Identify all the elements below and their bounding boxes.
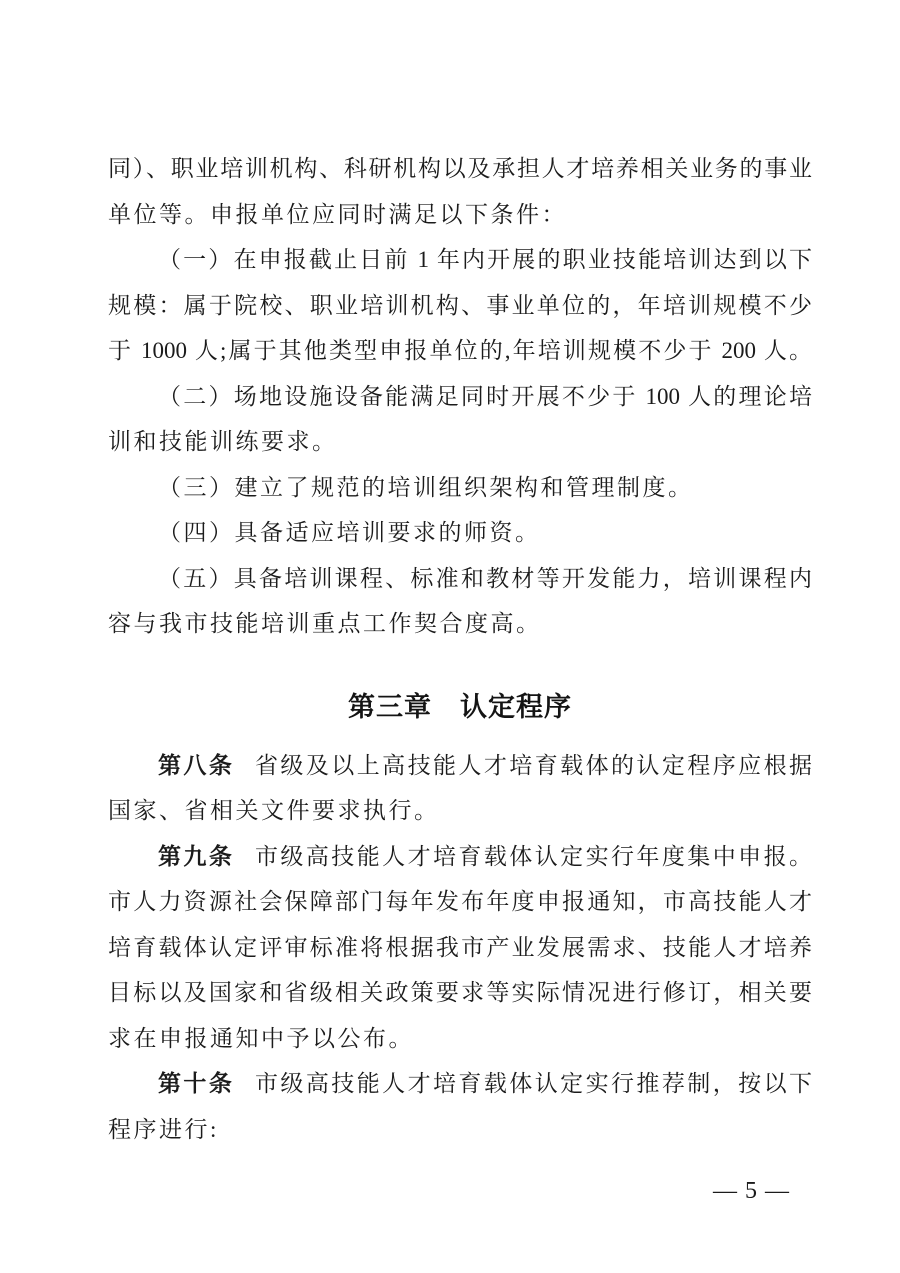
text-line-item-4: （四）具备适应培训要求的师资。 xyxy=(108,510,812,556)
article-8-text: 省级及以上高技能人才培育载体的认定程序应根据 xyxy=(255,753,812,778)
text-line: 单位等。申报单位应同时满足以下条件： xyxy=(108,192,812,238)
chapter-heading: 第三章 认定程序 xyxy=(108,684,812,730)
text-line: 规模：属于院校、职业培训机构、事业单位的，年培训规模不少 xyxy=(108,283,812,329)
page-number: — 5 — xyxy=(713,1176,790,1206)
text-line-article-10: 第十条市级高技能人才培育载体认定实行推荐制，按以下 xyxy=(108,1061,812,1107)
text-line-item-2: （二）场地设施设备能满足同时开展不少于 100 人的理论培 xyxy=(108,374,812,420)
article-8-term: 第八条 xyxy=(158,752,234,778)
text-line-article-8: 第八条省级及以上高技能人才培育载体的认定程序应根据 xyxy=(108,743,812,789)
text-line: 培育载体认定评审标准将根据我市产业发展需求、技能人才培养 xyxy=(108,925,812,971)
text-line-item-1: （一）在申报截止日前 1 年内开展的职业技能培训达到以下 xyxy=(108,237,812,283)
article-9-text: 市级高技能人才培育载体认定实行年度集中申报。 xyxy=(255,844,812,869)
text-line: 求在申报通知中予以公布。 xyxy=(108,1016,812,1062)
text-line: 程序进行: xyxy=(108,1107,812,1153)
text-line: 容与我市技能培训重点工作契合度高。 xyxy=(108,601,812,647)
text-line-item-5: （五）具备培训课程、标准和教材等开发能力，培训课程内 xyxy=(108,556,812,602)
text-line: 同）、职业培训机构、科研机构以及承担人才培养相关业务的事业 xyxy=(108,146,812,192)
text-line: 于 1000 人;属于其他类型申报单位的,年培训规模不少于 200 人。 xyxy=(108,328,812,374)
text-line-item-3: （三）建立了规范的培训组织架构和管理制度。 xyxy=(108,465,812,511)
document-page: 同）、职业培训机构、科研机构以及承担人才培养相关业务的事业 单位等。申报单位应同… xyxy=(0,0,900,1273)
text-line: 国家、省相关文件要求执行。 xyxy=(108,788,812,834)
document-body: 同）、职业培训机构、科研机构以及承担人才培养相关业务的事业 单位等。申报单位应同… xyxy=(108,146,812,1152)
article-10-text: 市级高技能人才培育载体认定实行推荐制，按以下 xyxy=(255,1071,812,1096)
article-10-term: 第十条 xyxy=(158,1070,234,1096)
text-line: 市人力资源社会保障部门每年发布年度申报通知，市高技能人才 xyxy=(108,879,812,925)
text-line: 目标以及国家和省级相关政策要求等实际情况进行修订，相关要 xyxy=(108,970,812,1016)
text-line: 训和技能训练要求。 xyxy=(108,419,812,465)
text-line-article-9: 第九条市级高技能人才培育载体认定实行年度集中申报。 xyxy=(108,834,812,880)
article-9-term: 第九条 xyxy=(158,843,234,869)
